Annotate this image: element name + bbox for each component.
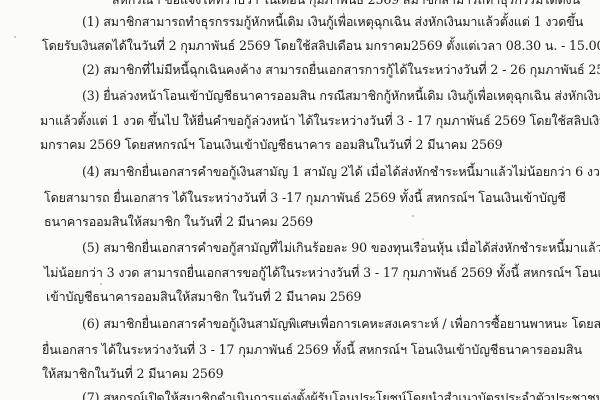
item-4-line-3: ธนาคารออมสินให้สมาชิก ในวันที่ 2 มีนาคม … bbox=[44, 214, 313, 230]
scanned-document-page: สหกรณ์ฯ ขอแจ้งให้ทราบว่า ในเดือน กุมภาพั… bbox=[0, 0, 600, 400]
item-6-line-1: (6) สมาชิกยื่นเอกสารคำขอกู้เงินสามัญพิเศ… bbox=[82, 316, 600, 332]
item-5-line-2: ไม่น้อยกว่า 3 งวด สามารถยื่นเอกสารขอกู้ไ… bbox=[44, 265, 600, 281]
item-4-line-2: โดยสามารถ ยื่นเอกสาร ได้ในระหว่างวันที่ … bbox=[44, 190, 566, 206]
item-2-line-1: (2) สมาชิกที่ไม่มีหนี้ฉุกเฉินคงค้าง สามา… bbox=[82, 62, 600, 78]
scan-speck bbox=[412, 215, 414, 217]
item-1-line-2: โดยรับเงินสดได้ในวันที่ 2 กุมภาพันธ์ 256… bbox=[42, 38, 600, 54]
item-3-line-3: มกราคม 2569 โดยสหกรณ์ฯ โอนเงินเข้าบัญชีธ… bbox=[40, 137, 503, 153]
item-5-line-1: (5) สมาชิกยื่นเอกสารคำขอกู้สามัญที่ไม่เก… bbox=[82, 240, 600, 256]
item-3-line-1: (3) ยื่นล่วงหน้าโอนเข้าบัญชีธนาคารออมสิน… bbox=[82, 88, 600, 104]
scan-speck bbox=[422, 238, 424, 240]
item-6-line-2: ยื่นเอกสาร ได้ในระหว่างวันที่ 3 - 17 กุม… bbox=[42, 342, 582, 358]
item-1-line-1: (1) สมาชิกสามารถทำธุรกรรมกู้หักหนี้เดิม … bbox=[82, 14, 583, 30]
scan-speck bbox=[14, 36, 16, 38]
item-5-line-3: เข้าบัญชีธนาคารออมสินให้สมาชิก ในวันที่ … bbox=[46, 289, 361, 305]
intro-line: สหกรณ์ฯ ขอแจ้งให้ทราบว่า ในเดือน กุมภาพั… bbox=[112, 0, 580, 8]
item-4-line-1: (4) สมาชิกยื่นเอกสารคำขอกู้เงินสามัญ 1 ส… bbox=[82, 164, 600, 180]
item-7-line-1: (7) สหกรณ์เปิดให้สมาชิกดำเนินการแต่งตั้ง… bbox=[82, 390, 600, 400]
item-6-line-3: ให้สมาชิกในวันที่ 2 มีนาคม 2569 bbox=[42, 366, 223, 382]
item-3-line-2: มาแล้วตั้งแต่ 1 งวด ขึ้นไป ให้ยื่นคำขอกู… bbox=[40, 113, 600, 129]
scan-speck bbox=[100, 283, 102, 285]
